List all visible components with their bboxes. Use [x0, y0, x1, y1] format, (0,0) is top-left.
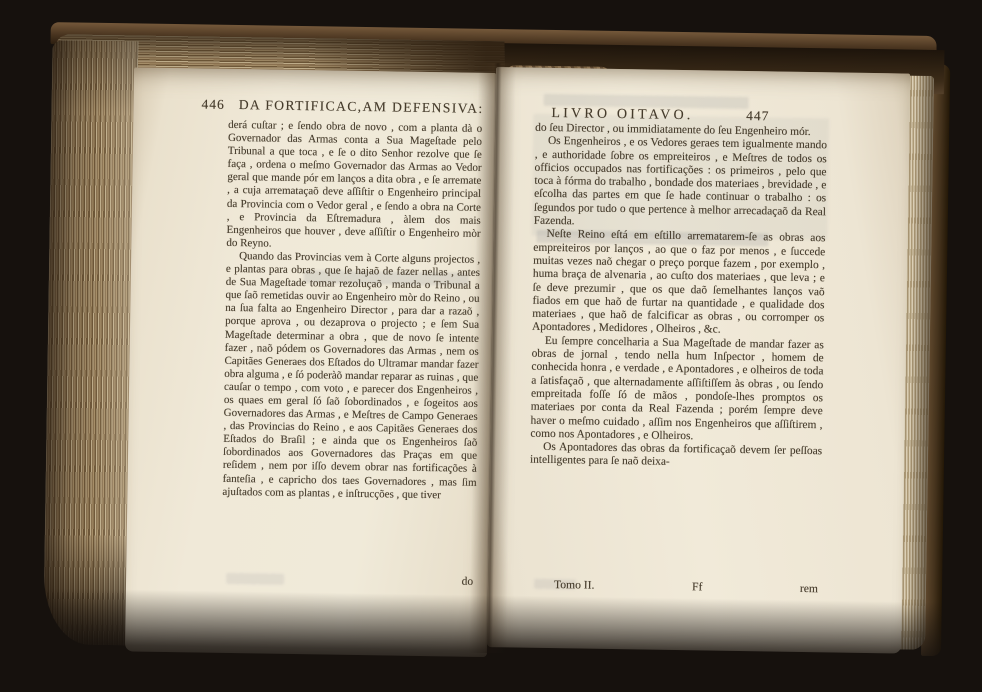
signature-mark: Ff: [692, 580, 703, 593]
paragraph: Eu ſempre concelharia a Sua Mageſtade de…: [530, 334, 824, 445]
open-book: 446 DA FORTIFICAC,AM DEFENSIVA: derá cuſ…: [35, 10, 953, 684]
paragraph: Os Engenheiros , e os Vedores geraes tem…: [534, 135, 827, 233]
right-page-number: 447: [746, 108, 769, 124]
paragraph: Os Apontadores das obras da fortificaçaõ…: [530, 441, 822, 472]
left-page-number: 446: [201, 96, 224, 112]
right-catchword: rem: [800, 582, 818, 595]
photo-background: { "book": { "left_page": { "page_number"…: [0, 0, 982, 692]
paragraph: Quando das Provincias vem à Corte alguns…: [222, 250, 480, 503]
volume-label: Tomo II.: [554, 578, 595, 592]
page-edges-fore-edge-stack: [43, 40, 138, 645]
left-page-text: derá cuſtar ; e ſendo obra de novo , com…: [222, 119, 482, 503]
right-page-text: do ſeu Director , ou immidiatamente do ſ…: [530, 122, 827, 472]
paragraph: Neſte Reino eſtá em eſtillo arrematarem-…: [532, 228, 826, 339]
paragraph: derá cuſtar ; e ſendo obra de novo , com…: [226, 119, 482, 254]
